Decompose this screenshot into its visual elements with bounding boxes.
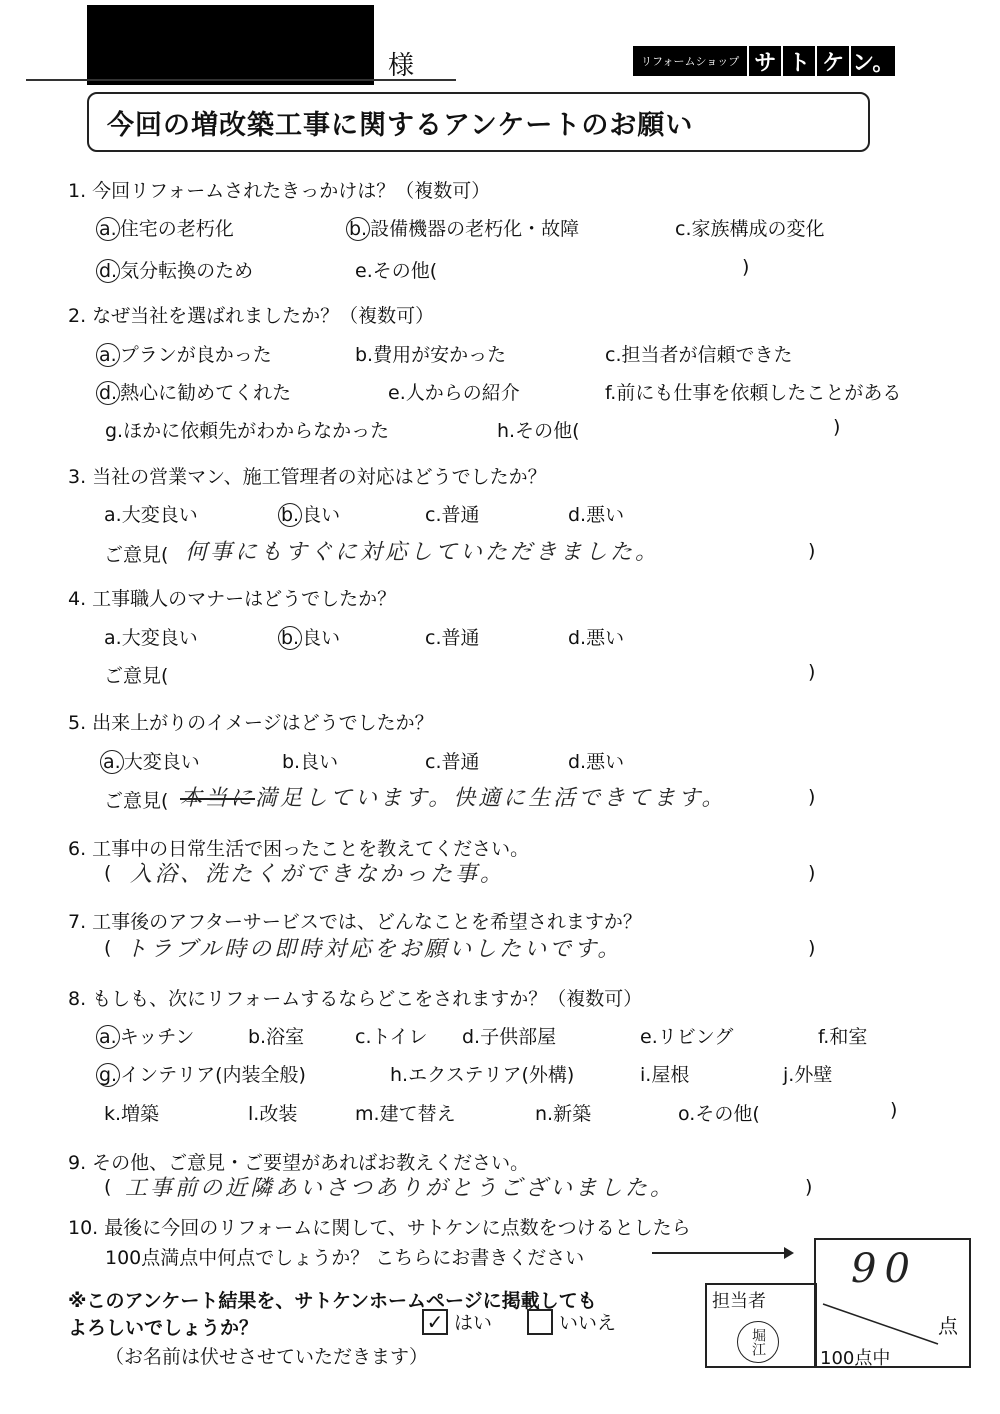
close-paren: ) (808, 540, 815, 562)
option-label: トイレ (372, 1026, 428, 1048)
option-label: 改装 (259, 1103, 297, 1125)
q10-question-line1: 10. 最後に今回のリフォームに関して、サトケンに点数をつけるとしたら (68, 1213, 691, 1240)
option-key: b. (278, 626, 302, 650)
option-label: 子供部屋 (480, 1026, 556, 1048)
no-label: いいえ (559, 1308, 616, 1335)
option-key: c. (675, 218, 692, 240)
consent-line2: よろしいでしょうか？ (68, 1313, 258, 1340)
q8-option-h[interactable]: h.エクステリア(外構) (390, 1060, 574, 1087)
struck-text: 本当に (180, 786, 255, 811)
q3-option-d[interactable]: d.悪い (568, 500, 624, 527)
yes-label: はい (454, 1308, 492, 1335)
option-key: h. (390, 1064, 408, 1086)
option-key: c. (605, 344, 622, 366)
option-key: g. (105, 420, 123, 442)
option-key: d. (462, 1026, 480, 1048)
q4-comment-label: ご意見( (104, 661, 168, 688)
option-label: 大変良い (122, 627, 198, 649)
q8-option-d[interactable]: d.子供部屋 (462, 1022, 556, 1049)
option-key: e. (640, 1026, 658, 1048)
option-key: b. (346, 217, 370, 241)
option-label: 住宅の老朽化 (120, 218, 234, 240)
yes-checkbox[interactable]: ✓ (422, 1309, 448, 1335)
q5-question: 5. 出来上がりのイメージはどうでしたか？ (68, 708, 434, 735)
score-unit: 点 (938, 1310, 958, 1339)
q3-comment-label: ご意見( (104, 540, 168, 567)
close-paren: ) (808, 937, 815, 959)
option-label: その他( (515, 420, 579, 442)
consent-no-option[interactable]: いいえ (527, 1308, 616, 1335)
q8-option-c[interactable]: c.トイレ (355, 1022, 428, 1049)
divider-slash (821, 1302, 941, 1347)
open-paren: ( (104, 1176, 111, 1198)
q1-option-a[interactable]: a.住宅の老朽化 (100, 214, 234, 241)
close-paren: ) (890, 1099, 897, 1121)
option-label: 大変良い (122, 504, 198, 526)
option-key: n. (535, 1103, 553, 1125)
option-key: j. (783, 1064, 794, 1086)
q5-comment-field[interactable]: 本当に満足しています。快適に生活できてます。 (180, 781, 727, 812)
option-key: a. (104, 504, 122, 526)
q3-option-b[interactable]: b.良い (282, 500, 340, 527)
q1-question: 1. 今回リフォームされたきっかけは？（複数可） (68, 176, 490, 203)
score-box: 90 点 100点中 (814, 1238, 971, 1368)
option-label: キッチン (120, 1026, 195, 1048)
q8-option-n[interactable]: n.新築 (535, 1099, 591, 1126)
q5-comment-label: ご意見( (104, 786, 168, 813)
option-key: a. (104, 627, 122, 649)
q2-question: 2. なぜ当社を選ばれましたか？（複数可） (68, 301, 434, 328)
option-key: i. (640, 1064, 651, 1086)
option-label: 良い (302, 627, 340, 649)
option-label: 悪い (586, 751, 624, 773)
company-logo: リフォームショップ サ ト ケ ン。 (633, 46, 895, 76)
page-title: 今回の増改築工事に関するアンケートのお願い (87, 92, 870, 152)
q8-option-j[interactable]: j.外壁 (783, 1060, 832, 1087)
option-key: o. (678, 1103, 695, 1125)
option-key: c. (425, 751, 442, 773)
arrow-right-icon (652, 1252, 792, 1254)
q8-option-i[interactable]: i.屋根 (640, 1060, 689, 1087)
option-key: e. (355, 260, 373, 282)
logo-char: ト (783, 46, 815, 76)
option-label: その他( (695, 1103, 759, 1125)
option-label: 設備機器の老朽化・故障 (370, 218, 579, 240)
option-key: f. (605, 382, 616, 404)
option-key: b. (248, 1026, 266, 1048)
q3-option-c[interactable]: c.普通 (425, 500, 480, 527)
q4-option-d[interactable]: d.悪い (568, 623, 624, 650)
score-max-label: 100点中 (820, 1344, 890, 1370)
consent-note: （お名前は伏せさせていただきます） (105, 1342, 428, 1369)
option-key: d. (568, 627, 586, 649)
q2-option-a[interactable]: a.プランが良かった (100, 340, 272, 367)
option-label: 前にも仕事を依頼したことがある (616, 382, 901, 404)
option-key: a. (96, 217, 120, 241)
logo-char: ケ (817, 46, 849, 76)
option-label: 和室 (829, 1026, 867, 1048)
option-label: ほかに依頼先がわからなかった (123, 420, 389, 442)
q2-option-h[interactable]: h.その他( (497, 416, 580, 443)
option-label: インテリア(内装全般) (120, 1064, 306, 1086)
redacted-customer-name (87, 5, 374, 85)
q2-option-b[interactable]: b.費用が安かった (355, 340, 506, 367)
q5-option-a[interactable]: a.大変良い (104, 747, 200, 774)
option-label: 悪い (586, 504, 624, 526)
option-label: 普通 (442, 504, 480, 526)
option-key: e. (388, 382, 406, 404)
option-key: g. (96, 1063, 120, 1087)
comment-text: 満足しています。快適に生活できてます。 (255, 786, 726, 811)
option-label: 費用が安かった (373, 344, 506, 366)
option-label: 家族構成の変化 (692, 218, 825, 240)
option-key: b. (282, 751, 300, 773)
consent-yes-option[interactable]: ✓ はい (422, 1308, 492, 1335)
option-key: d. (96, 381, 120, 405)
option-label: 気分転換のため (120, 260, 253, 282)
q8-option-a[interactable]: a.キッチン (100, 1022, 194, 1049)
option-label: 外壁 (794, 1064, 832, 1086)
staff-box: 担当者 堀江 (705, 1283, 817, 1368)
open-paren: ( (104, 862, 111, 884)
q4-option-c[interactable]: c.普通 (425, 623, 480, 650)
option-label: 屋根 (651, 1064, 689, 1086)
q4-option-b[interactable]: b.良い (282, 623, 340, 650)
q1-option-b[interactable]: b.設備機器の老朽化・故障 (350, 214, 579, 241)
q5-option-c[interactable]: c.普通 (425, 747, 480, 774)
option-key: f. (818, 1026, 829, 1048)
q8-option-l[interactable]: l.改装 (248, 1099, 297, 1126)
score-value[interactable]: 90 (851, 1246, 918, 1292)
option-label: エクステリア(外構) (408, 1064, 574, 1086)
option-key: d. (568, 504, 586, 526)
close-paren: ) (808, 862, 815, 884)
q8-option-f[interactable]: f.和室 (818, 1022, 867, 1049)
open-paren: ( (104, 937, 111, 959)
q10-question-line2: 100点満点中何点でしょうか？ こちらにお書きください (105, 1243, 584, 1270)
option-key: c. (425, 504, 442, 526)
q4-option-a[interactable]: a.大変良い (104, 623, 198, 650)
option-key: l. (248, 1103, 259, 1125)
q6-answer-field[interactable]: 入浴、洗たくができなかった事。 (130, 857, 505, 888)
q3-comment-field[interactable]: 何事にもすぐに対応していただきました。 (185, 535, 660, 566)
option-label: その他( (373, 260, 437, 282)
option-label: 大変良い (124, 751, 200, 773)
option-key: b. (278, 503, 302, 527)
option-key: d. (96, 259, 120, 283)
option-label: 良い (302, 504, 340, 526)
option-label: 熱心に勧めてくれた (120, 382, 291, 404)
q3-option-a[interactable]: a.大変良い (104, 500, 198, 527)
option-label: 人からの紹介 (406, 382, 520, 404)
q8-option-o[interactable]: o.その他( (678, 1099, 760, 1126)
option-label: 普通 (442, 751, 480, 773)
option-key: m. (355, 1103, 380, 1125)
q2-option-g[interactable]: g.ほかに依頼先がわからなかった (105, 416, 389, 443)
option-label: 浴室 (266, 1026, 304, 1048)
q8-option-m[interactable]: m.建て替え (355, 1099, 456, 1126)
honorific: 様 (388, 45, 414, 82)
q5-option-b[interactable]: b.良い (282, 747, 338, 774)
q3-question: 3. 当社の営業マン、施工管理者の対応はどうでしたか？ (68, 462, 547, 489)
no-checkbox[interactable] (527, 1309, 553, 1335)
q7-question: 7. 工事後のアフターサービスでは、どんなことを希望されますか？ (68, 907, 642, 934)
close-paren: ) (808, 786, 815, 808)
option-label: プランが良かった (120, 344, 272, 366)
logo-char: サ (749, 46, 781, 76)
close-paren: ) (808, 661, 815, 683)
logo-char: ン。 (851, 46, 895, 76)
q8-option-k[interactable]: k.増築 (104, 1099, 159, 1126)
option-label: 担当者が信頼できた (622, 344, 793, 366)
option-label: リビング (658, 1026, 734, 1048)
option-label: 新築 (553, 1103, 591, 1125)
option-key: d. (568, 751, 586, 773)
q8-option-e[interactable]: e.リビング (640, 1022, 733, 1049)
option-label: 普通 (442, 627, 480, 649)
option-key: a. (96, 343, 120, 367)
q1-option-c[interactable]: c.家族構成の変化 (675, 214, 825, 241)
close-paren: ) (742, 256, 749, 278)
option-key: c. (425, 627, 442, 649)
q7-answer-field[interactable]: トラブル時の即時対応をお願いしたいです。 (125, 932, 622, 963)
option-key: a. (96, 1025, 120, 1049)
q8-option-b[interactable]: b.浴室 (248, 1022, 304, 1049)
option-key: h. (497, 420, 515, 442)
option-key: c. (355, 1026, 372, 1048)
option-label: 建て替え (380, 1103, 456, 1125)
q5-option-d[interactable]: d.悪い (568, 747, 624, 774)
close-paren: ) (805, 1176, 812, 1198)
staff-stamp: 堀江 (737, 1321, 779, 1363)
close-paren: ) (833, 416, 840, 438)
option-key: a. (100, 750, 124, 774)
q1-option-e[interactable]: e.その他( (355, 256, 437, 283)
option-label: 増築 (121, 1103, 159, 1125)
option-label: 良い (300, 751, 338, 773)
q8-option-g[interactable]: g.インテリア(内装全般) (100, 1060, 306, 1087)
q2-option-c[interactable]: c.担当者が信頼できた (605, 340, 793, 367)
q2-option-e[interactable]: e.人からの紹介 (388, 378, 520, 405)
staff-label: 担当者 (712, 1287, 766, 1313)
option-key: b. (355, 344, 373, 366)
consent-line1: ※このアンケート結果を、サトケンホームページに掲載しても (68, 1286, 597, 1313)
q2-option-f[interactable]: f.前にも仕事を依頼したことがある (605, 378, 901, 405)
q4-question: 4. 工事職人のマナーはどうでしたか？ (68, 584, 396, 611)
logo-subtitle: リフォームショップ (633, 46, 747, 76)
option-key: k. (104, 1103, 121, 1125)
q1-option-d[interactable]: d.気分転換のため (100, 256, 253, 283)
q8-question: 8. もしも、次にリフォームするならどこをされますか？（複数可） (68, 984, 642, 1011)
q2-option-d[interactable]: d.熱心に勧めてくれた (100, 378, 291, 405)
option-label: 悪い (586, 627, 624, 649)
q9-answer-field[interactable]: 工事前の近隣あいさつありがとうございました。 (125, 1171, 675, 1202)
